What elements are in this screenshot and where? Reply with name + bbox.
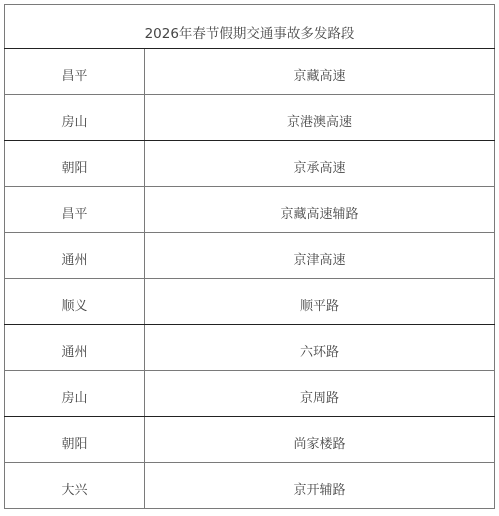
table-row: 通州 六环路: [5, 325, 495, 371]
table-row: 朝阳 京承高速: [5, 141, 495, 187]
table-title: 2026年春节假期交通事故多发路段: [5, 5, 495, 49]
table-row: 昌平 京藏高速辅路: [5, 187, 495, 233]
district-cell: 顺义: [5, 279, 145, 325]
table-title-row: 2026年春节假期交通事故多发路段: [5, 5, 495, 49]
district-cell: 房山: [5, 95, 145, 141]
accident-roads-table-container: 2026年春节假期交通事故多发路段 昌平 京藏高速 房山 京港澳高速 朝阳 京承…: [4, 4, 494, 509]
road-cell: 京津高速: [145, 233, 495, 279]
table-row: 通州 京津高速: [5, 233, 495, 279]
table-row: 房山 京周路: [5, 371, 495, 417]
road-cell: 京周路: [145, 371, 495, 417]
road-cell: 京开辅路: [145, 463, 495, 509]
district-cell: 朝阳: [5, 417, 145, 463]
district-cell: 通州: [5, 233, 145, 279]
accident-roads-table: 2026年春节假期交通事故多发路段 昌平 京藏高速 房山 京港澳高速 朝阳 京承…: [4, 4, 495, 509]
road-cell: 尚家楼路: [145, 417, 495, 463]
table-row: 昌平 京藏高速: [5, 49, 495, 95]
road-cell: 京港澳高速: [145, 95, 495, 141]
road-cell: 京藏高速: [145, 49, 495, 95]
road-cell: 京藏高速辅路: [145, 187, 495, 233]
district-cell: 通州: [5, 325, 145, 371]
district-cell: 房山: [5, 371, 145, 417]
district-cell: 朝阳: [5, 141, 145, 187]
road-cell: 京承高速: [145, 141, 495, 187]
district-cell: 昌平: [5, 49, 145, 95]
table-row: 顺义 顺平路: [5, 279, 495, 325]
table-row: 朝阳 尚家楼路: [5, 417, 495, 463]
district-cell: 大兴: [5, 463, 145, 509]
district-cell: 昌平: [5, 187, 145, 233]
table-row: 大兴 京开辅路: [5, 463, 495, 509]
road-cell: 顺平路: [145, 279, 495, 325]
road-cell: 六环路: [145, 325, 495, 371]
table-row: 房山 京港澳高速: [5, 95, 495, 141]
